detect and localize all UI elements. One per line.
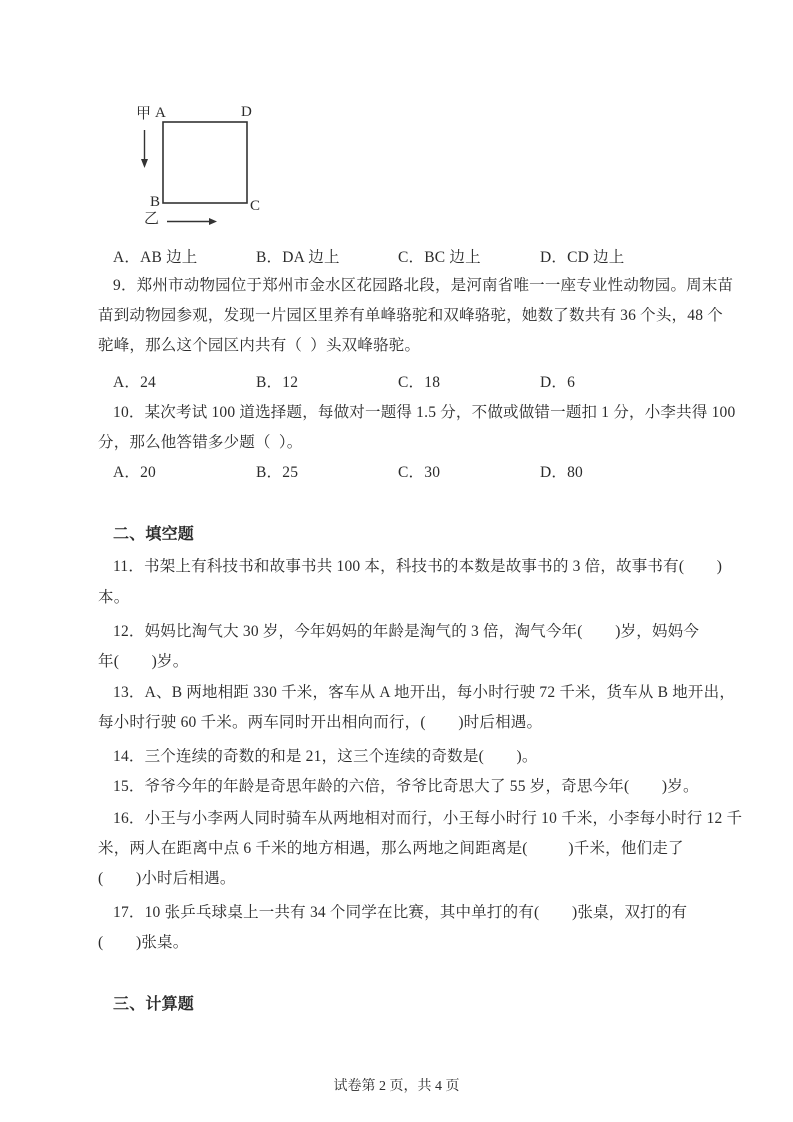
question-17-line-1: 17．10 张乒乓球桌上一共有 34 个同学在比赛，其中单打的有( )张桌，双打… <box>113 902 687 923</box>
question-15-line-1: 15．爷爷今年的年龄是奇思年龄的六倍，爷爷比奇思大了 55 岁，奇思今年( )岁… <box>113 776 699 797</box>
section-heading-calculation: 三、计算题 <box>113 994 194 1015</box>
q10-option-a: A．20 <box>113 462 156 483</box>
q9-option-b: B．12 <box>256 372 298 393</box>
question-12-line-1: 12．妈妈比淘气大 30 岁，今年妈妈的年龄是淘气的 3 倍，淘气今年( )岁，… <box>113 621 699 642</box>
question-16-line-3: ( )小时后相遇。 <box>98 868 236 889</box>
q9-option-c: C．18 <box>398 372 440 393</box>
question-9-line-2: 苗到动物园参观，发现一片园区里养有单峰骆驼和双峰骆驼，她数了数共有 36 个头，… <box>98 305 723 326</box>
question-13-line-1: 13．A、B 两地相距 330 千米，客车从 A 地开出，每小时行驶 72 千米… <box>113 682 735 703</box>
page-footer: 试卷第 2 页，共 4 页 <box>0 1075 793 1095</box>
diagram-figure <box>100 100 300 240</box>
question-9-line-3: 驼峰，那么这个园区内共有（ ）头双峰骆驼。 <box>98 335 420 356</box>
down-arrow-icon <box>141 130 148 168</box>
q8-option-d: D．CD 边上 <box>540 247 625 268</box>
diagram-corner-d: D <box>241 103 252 121</box>
square-shape <box>163 122 247 203</box>
question-11-line-2: 本。 <box>98 587 129 608</box>
q9-option-d: D．6 <box>540 372 575 393</box>
question-12-line-2: 年( )岁。 <box>98 651 188 672</box>
q8-option-a: A．AB 边上 <box>113 247 198 268</box>
question-9-line-1: 9．郑州市动物园位于郑州市金水区花园路北段，是河南省唯一一座专业性动物园。周末苗 <box>113 275 733 296</box>
diagram-corner-a: A <box>155 104 166 122</box>
q9-option-a: A．24 <box>113 372 156 393</box>
diagram-label-yi: 乙 <box>144 210 159 228</box>
q8-option-c: C．BC 边上 <box>398 247 481 268</box>
question-10-line-2: 分，那么他答错多少题（ ）。 <box>98 432 303 453</box>
question-14-line-1: 14．三个连续的奇数的和是 21，这三个连续的奇数是( )。 <box>113 746 538 767</box>
diagram-corner-b: B <box>150 193 160 211</box>
q8-option-b: B．DA 边上 <box>256 247 340 268</box>
right-arrow-icon <box>167 218 217 225</box>
question-11-line-1: 11．书架上有科技书和故事书共 100 本，科技书的本数是故事书的 3 倍，故事… <box>113 556 722 577</box>
exam-page: 甲 A D B C 乙 A．AB 边上 B．DA 边上 C．BC 边上 D．CD… <box>0 0 793 1122</box>
section-heading-fill-in-blanks: 二、填空题 <box>113 524 194 545</box>
q10-option-c: C．30 <box>398 462 440 483</box>
diagram-corner-c: C <box>250 197 260 215</box>
q10-option-d: D．80 <box>540 462 583 483</box>
question-17-line-2: ( )张桌。 <box>98 932 188 953</box>
q10-option-b: B．25 <box>256 462 298 483</box>
question-16-line-2: 米，两人在距离中点 6 千米的地方相遇，那么两地之间距离是( )千米，他们走了 <box>98 838 684 859</box>
question-10-line-1: 10．某次考试 100 道选择题，每做对一题得 1.5 分，不做或做错一题扣 1… <box>113 402 735 423</box>
diagram-label-jia: 甲 <box>136 105 151 123</box>
question-16-line-1: 16．小王与小李两人同时骑车从两地相对而行，小王每小时行 10 千米，小李每小时… <box>113 808 742 829</box>
question-13-line-2: 每小时行驶 60 千米。两车同时开出相向而行，( )时后相遇。 <box>98 712 542 733</box>
